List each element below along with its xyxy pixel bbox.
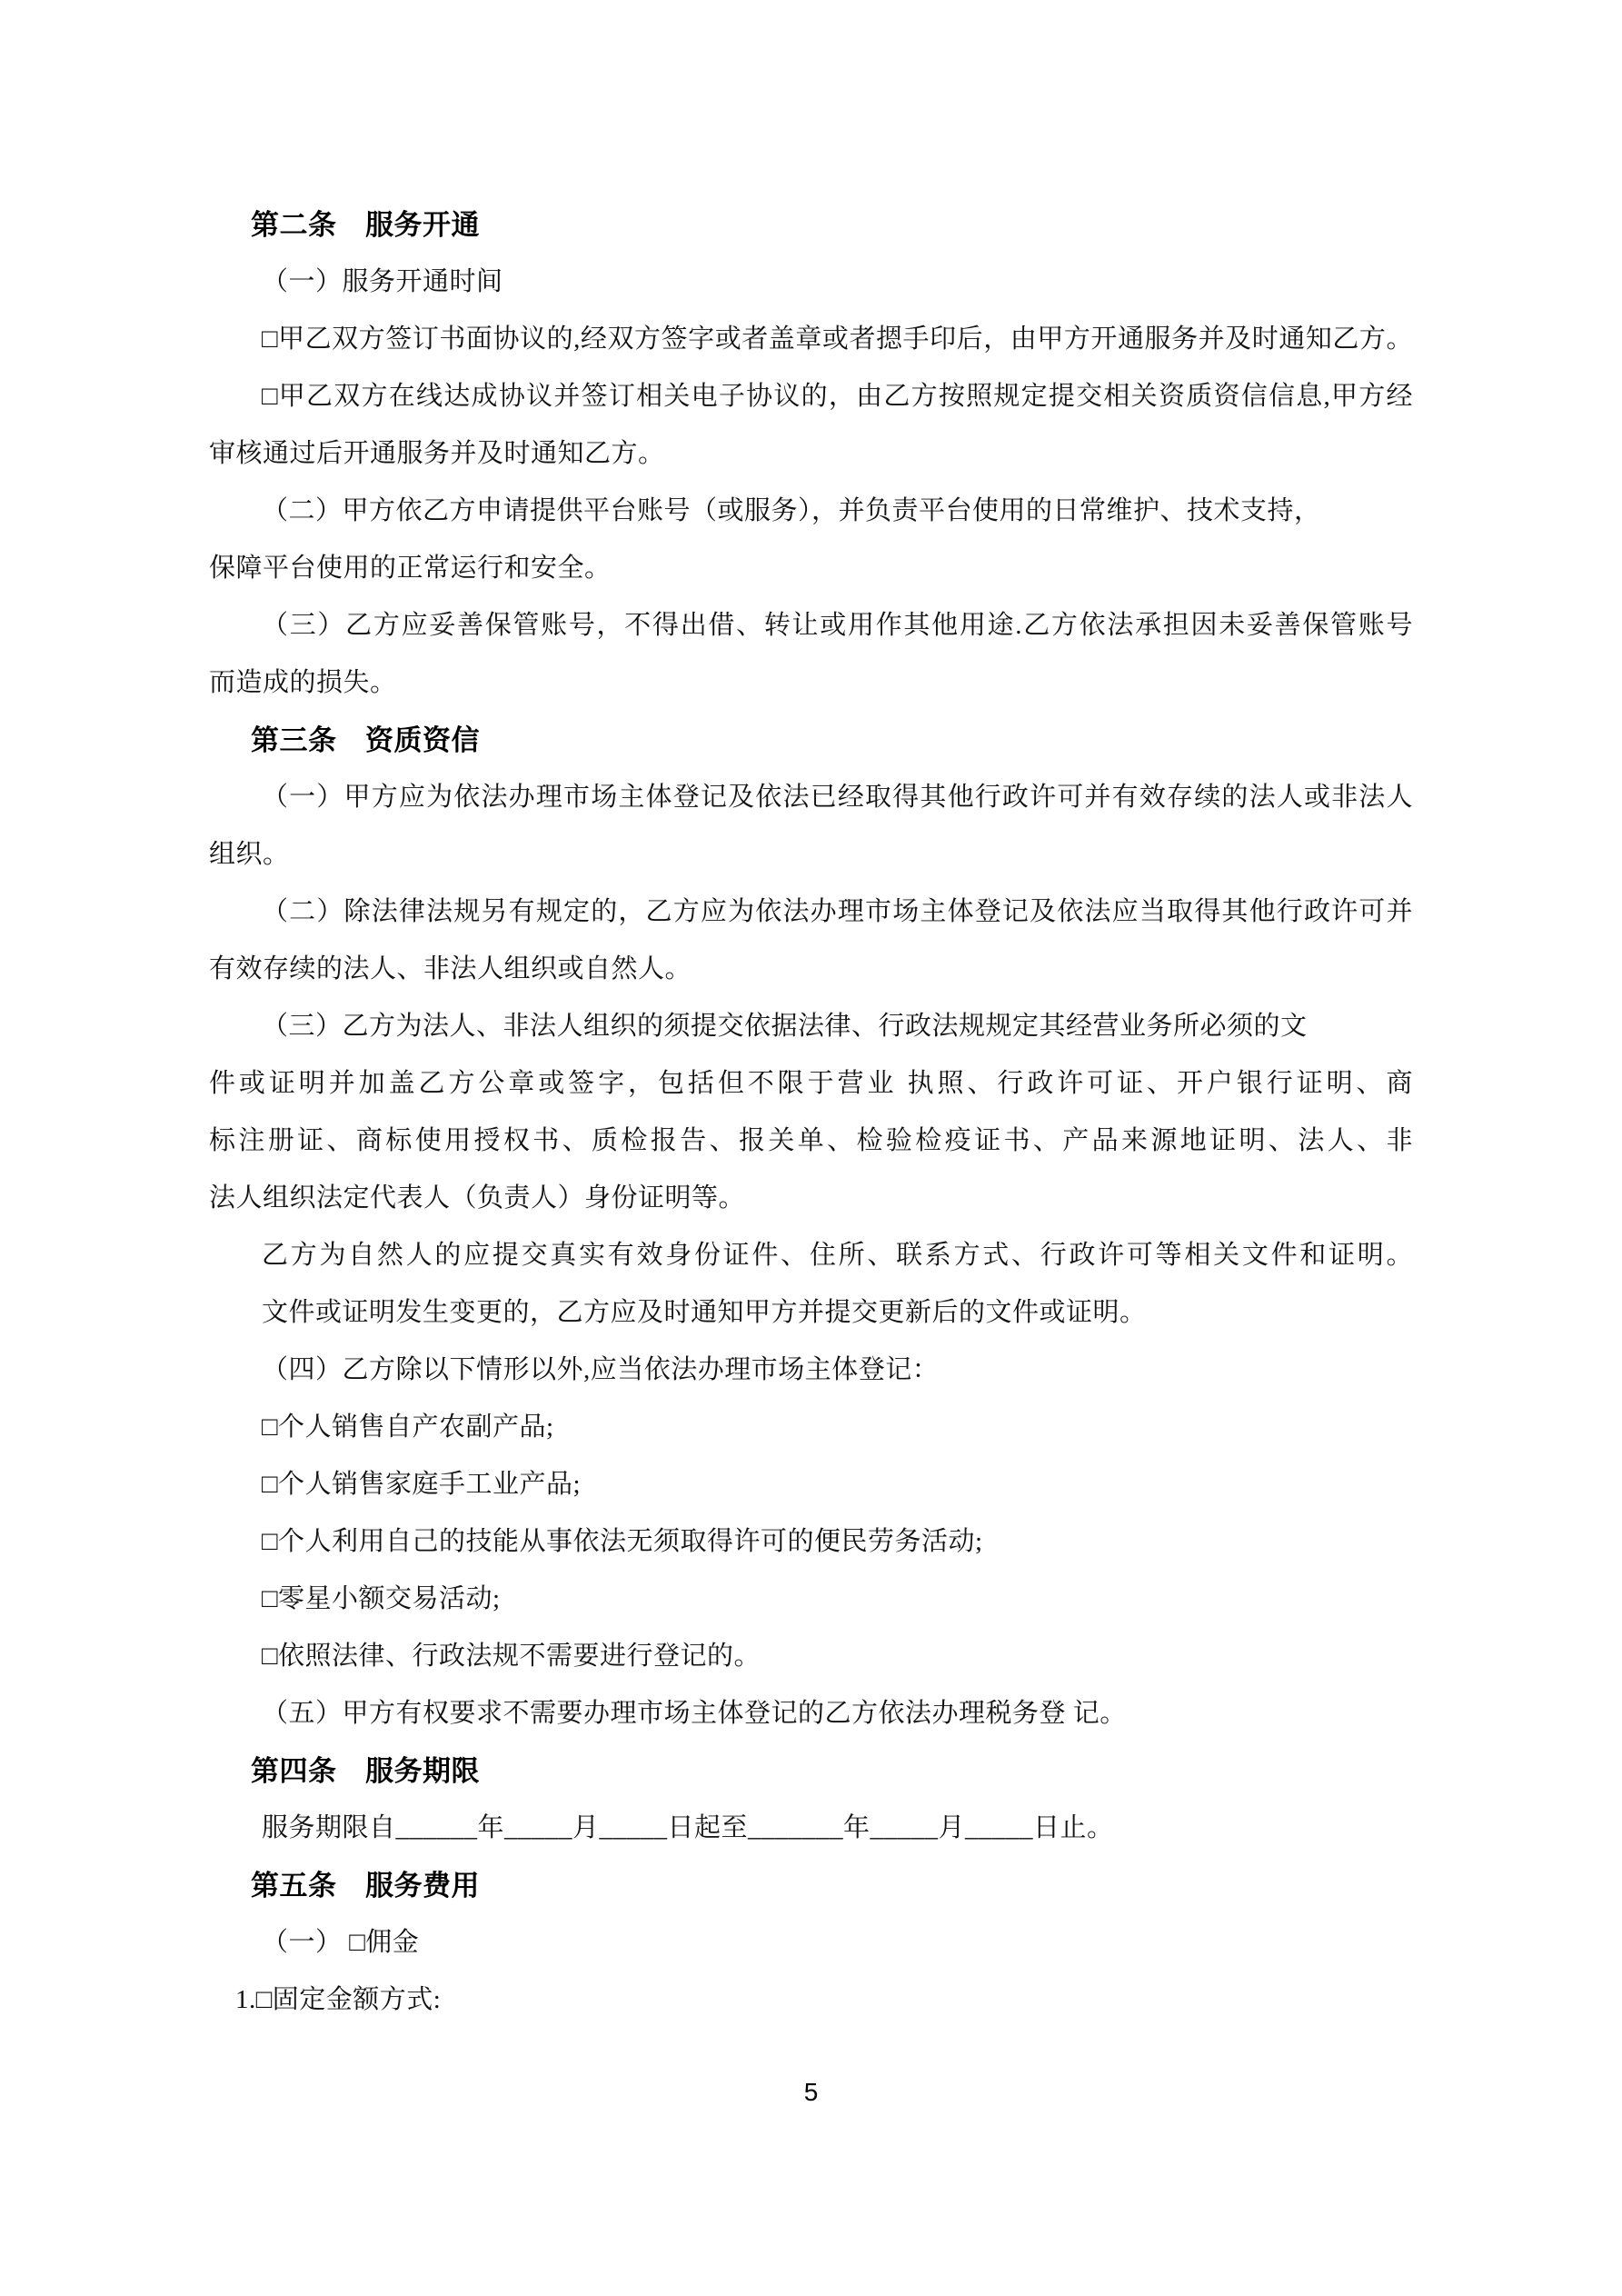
document-line: 服务期限自______年_____月_____日起至_______年_____月… (209, 1800, 1413, 1857)
document-line: □甲乙双方在线达成协议并签订相关电子协议的，由乙方按照规定提交相关资质资信信息,… (209, 368, 1413, 425)
document-line: 有效存续的法人、非法人组织或自然人。 (209, 941, 1413, 998)
document-body: 第二条 服务开通（一）服务开通时间□甲乙双方签订书面协议的,经双方签字或者盖章或… (209, 196, 1413, 2029)
section-heading: 第四条 服务期限 (209, 1742, 1413, 1800)
document-line: 审核通过后开通服务并及时通知乙方。 (209, 425, 1413, 483)
document-page: 第二条 服务开通（一）服务开通时间□甲乙双方签订书面协议的,经双方签字或者盖章或… (0, 0, 1622, 2296)
document-line: 保障平台使用的正常运行和安全。 (209, 540, 1413, 597)
section-heading: 第五条 服务费用 (209, 1857, 1413, 1914)
document-line: 标注册证、商标使用授权书、质检报告、报关单、检验检疫证书、产品来源地证明、法人、… (209, 1113, 1413, 1170)
document-line: （一）服务开通时间 (209, 254, 1413, 311)
document-line: □个人销售自产农副产品; (209, 1399, 1413, 1456)
document-line: □依照法律、行政法规不需要进行登记的。 (209, 1628, 1413, 1685)
document-line: 文件或证明发生变更的，乙方应及时通知甲方并提交更新后的文件或证明。 (209, 1284, 1413, 1342)
document-line: （五）甲方有权要求不需要办理市场主体登记的乙方依法办理税务登 记。 (209, 1685, 1413, 1742)
document-line: 法人组织法定代表人（负责人）身份证明等。 (209, 1170, 1413, 1227)
document-line: □甲乙双方签订书面协议的,经双方签字或者盖章或者摁手印后，由甲方开通服务并及时通… (209, 311, 1413, 368)
document-line: （二）甲方依乙方申请提供平台账号（或服务），并负责平台使用的日常维护、技术支持， (209, 483, 1413, 540)
document-line: （二）除法律法规另有规定的，乙方应为依法办理市场主体登记及依法应当取得其他行政许… (209, 883, 1413, 941)
page-number: 5 (0, 2074, 1622, 2111)
document-line: 件或证明并加盖乙方公章或签字，包括但不限于营业 执照、行政许可证、开户银行证明、… (209, 1055, 1413, 1113)
document-line: （三）乙方应妥善保管账号，不得出借、转让或用作其他用途.乙方依法承担因未妥善保管… (209, 597, 1413, 654)
document-line: （四）乙方除以下情形以外,应当依法办理市场主体登记： (209, 1342, 1413, 1399)
document-line: 乙方为自然人的应提交真实有效身份证件、住所、联系方式、行政许可等相关文件和证明。 (209, 1227, 1413, 1284)
section-heading: 第二条 服务开通 (209, 196, 1413, 254)
document-line: 组织。 (209, 826, 1413, 883)
document-line: （一） □佣金 (209, 1914, 1413, 1972)
document-line: □个人利用自己的技能从事依法无须取得许可的便民劳务活动; (209, 1513, 1413, 1571)
document-line: （一）甲方应为依法办理市场主体登记及依法已经取得其他行政许可并有效存续的法人或非… (209, 769, 1413, 826)
document-line: （三）乙方为法人、非法人组织的须提交依据法律、行政法规规定其经营业务所必须的文 (209, 998, 1413, 1055)
document-line: 而造成的损失。 (209, 654, 1413, 712)
section-heading: 第三条 资质资信 (209, 712, 1413, 769)
document-line: □个人销售家庭手工业产品; (209, 1456, 1413, 1513)
document-line: 1.□固定金额方式: (209, 1972, 1413, 2029)
document-line: □零星小额交易活动; (209, 1571, 1413, 1628)
